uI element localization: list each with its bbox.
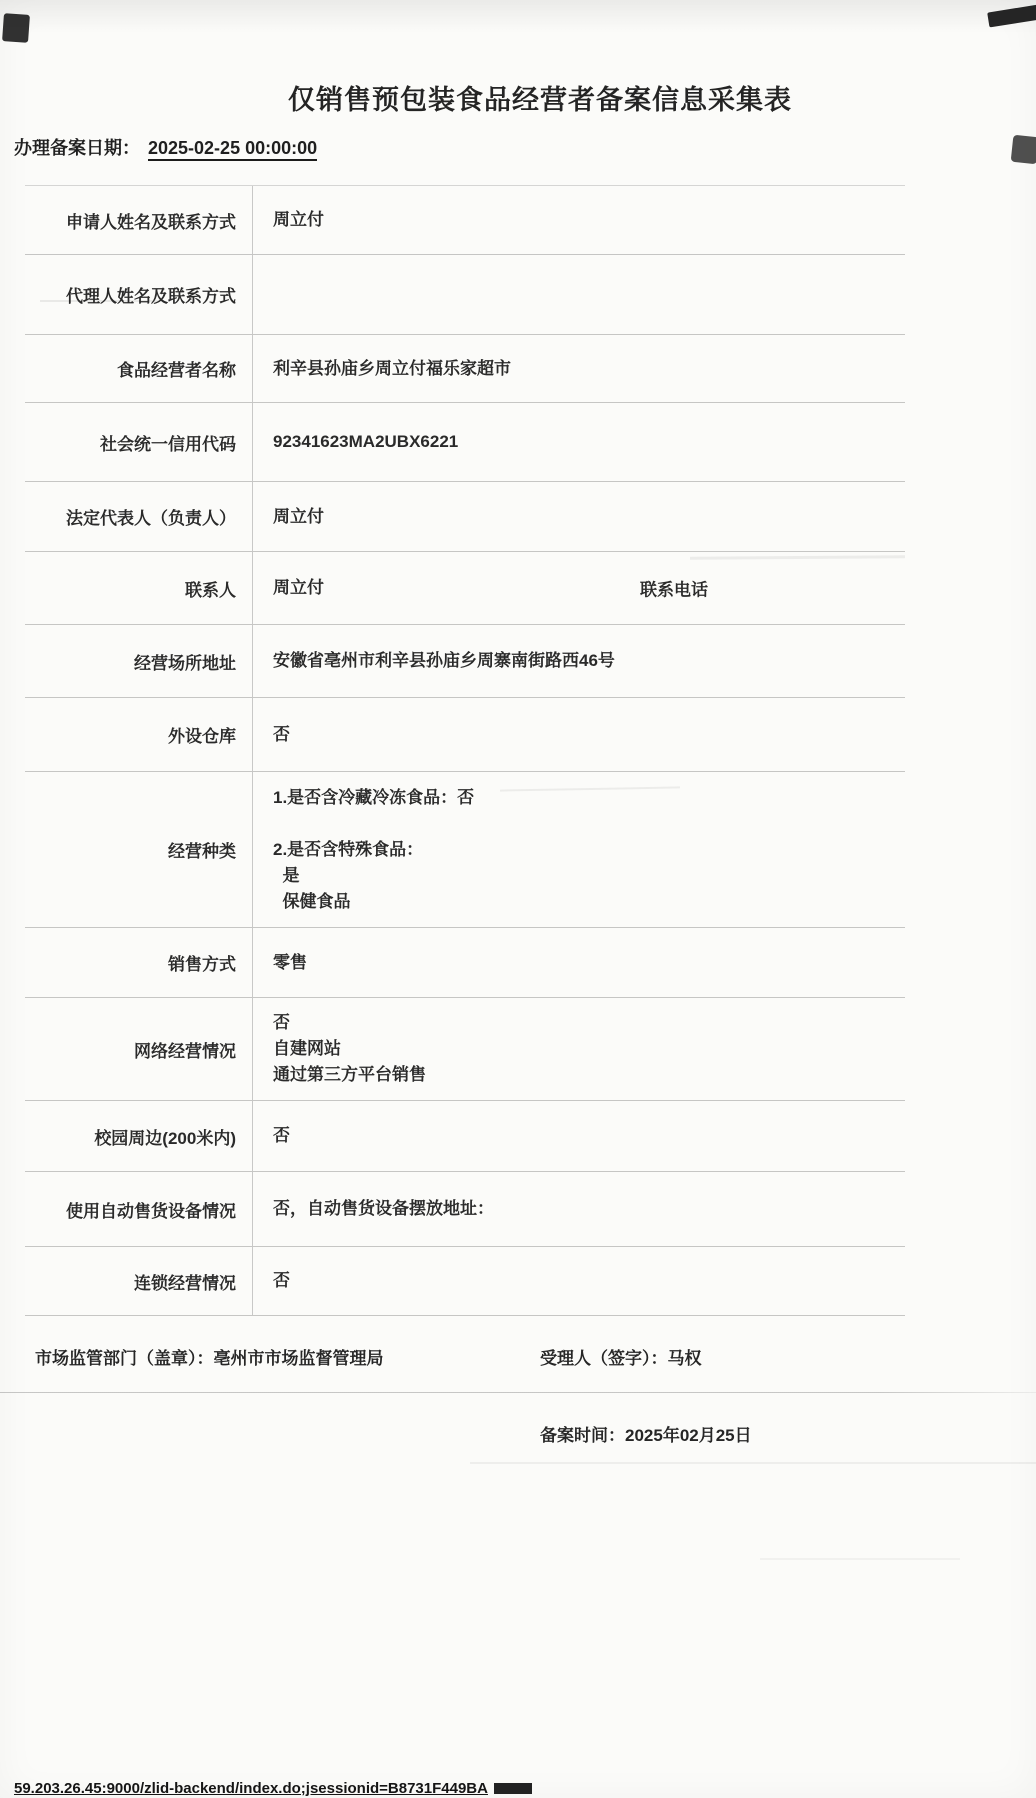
row-label: 申请人姓名及联系方式 — [25, 186, 252, 254]
contact-phone-label: 联系电话 — [640, 576, 708, 601]
form-title: 仅销售预包装食品经营者备案信息采集表 — [0, 78, 1036, 117]
row-value: 周立付 — [252, 552, 905, 624]
row-value — [252, 255, 905, 334]
filing-date-value: 2025-02-25 00:00:00 — [148, 138, 317, 161]
session-url-text: 59.203.26.45:9000/zlid-backend/index.do;… — [14, 1780, 488, 1797]
row-value: 否 — [252, 1247, 905, 1315]
record-time-line: 备案时间：2025年02月25日 — [540, 1421, 752, 1446]
row-value: 利辛县孙庙乡周立付福乐家超市 — [252, 335, 905, 402]
row-value: 否 — [252, 698, 905, 771]
row-value: 零售 — [252, 928, 905, 997]
near-school-row: 校园周边(200米内) 否 — [25, 1101, 905, 1172]
operator-name-row: 食品经营者名称 利辛县孙庙乡周立付福乐家超市 — [25, 335, 905, 403]
scan-mark-top-left — [2, 13, 30, 43]
session-url: 59.203.26.45:9000/zlid-backend/index.do;… — [14, 1780, 532, 1797]
regulator-line: 市场监管部门（盖章）：亳州市市场监督管理局 受理人（签字）：马权 — [35, 1344, 1015, 1369]
row-label: 联系人 — [25, 552, 252, 624]
filing-date-label: 办理备案日期： — [14, 138, 140, 158]
row-label: 网络经营情况 — [25, 998, 252, 1100]
sales-method-row: 销售方式 零售 — [25, 928, 905, 998]
chain-business-row: 连锁经营情况 否 — [25, 1247, 905, 1316]
row-label: 使用自动售货设备情况 — [25, 1172, 252, 1246]
row-value: 92341623MA2UBX6221 — [252, 403, 905, 481]
row-value: 1.是否含冷藏冷冻食品：否 2.是否含特殊食品： 是 保健食品 — [252, 772, 905, 927]
row-label: 连锁经营情况 — [25, 1247, 252, 1315]
scan-streak — [470, 1462, 1036, 1464]
scan-edge-shadow — [0, 0, 1036, 34]
row-label: 法定代表人（负责人） — [25, 482, 252, 551]
filing-date-line: 办理备案日期：2025-02-25 00:00:00 — [14, 134, 317, 160]
regulator-label: 市场监管部门（盖章）： — [35, 1349, 214, 1368]
contact-row: 联系人 周立付 联系电话 — [25, 552, 905, 625]
business-category-row: 经营种类 1.是否含冷藏冷冻食品：否 2.是否含特殊食品： 是 保健食品 — [25, 772, 905, 928]
row-value: 周立付 — [252, 186, 905, 254]
warehouse-row: 外设仓库 否 — [25, 698, 905, 772]
online-business-row: 网络经营情况 否 自建网站 通过第三方平台销售 — [25, 998, 905, 1101]
acceptor-line: 受理人（签字）：马权 — [540, 1344, 702, 1369]
vending-machine-row: 使用自动售货设备情况 否，自动售货设备摆放地址： — [25, 1172, 905, 1247]
scan-mark-right-edge — [1011, 135, 1036, 165]
scan-streak — [760, 1558, 960, 1560]
acceptor-label: 受理人（签字）： — [540, 1349, 668, 1368]
regulator-value: 亳州市市场监督管理局 — [214, 1349, 384, 1368]
credit-code-row: 社会统一信用代码 92341623MA2UBX6221 — [25, 403, 905, 482]
scan-mark-top-right — [987, 4, 1036, 28]
row-label: 销售方式 — [25, 928, 252, 997]
record-time-label: 备案时间： — [540, 1426, 625, 1445]
row-label: 外设仓库 — [25, 698, 252, 771]
row-label: 经营场所地址 — [25, 625, 252, 697]
row-value: 否 自建网站 通过第三方平台销售 — [252, 998, 905, 1100]
address-row: 经营场所地址 安徽省亳州市利辛县孙庙乡周寨南街路西46号 — [25, 625, 905, 698]
row-label: 校园周边(200米内) — [25, 1101, 252, 1171]
agent-row: 代理人姓名及联系方式 — [25, 255, 905, 335]
row-value: 安徽省亳州市利辛县孙庙乡周寨南街路西46号 — [252, 625, 905, 697]
row-value: 周立付 — [252, 482, 905, 551]
row-value: 否 — [252, 1101, 905, 1171]
footer-divider — [0, 1392, 1036, 1393]
scanned-form-page: 仅销售预包装食品经营者备案信息采集表 办理备案日期：2025-02-25 00:… — [0, 0, 1036, 1798]
row-label: 代理人姓名及联系方式 — [25, 255, 252, 334]
row-label: 社会统一信用代码 — [25, 403, 252, 481]
form-table: 申请人姓名及联系方式 周立付 代理人姓名及联系方式 食品经营者名称 利辛县孙庙乡… — [25, 185, 905, 1316]
applicant-row: 申请人姓名及联系方式 周立付 — [25, 185, 905, 255]
url-smudge-mark — [494, 1783, 532, 1794]
acceptor-value: 马权 — [668, 1349, 702, 1368]
row-label: 食品经营者名称 — [25, 335, 252, 402]
legal-rep-row: 法定代表人（负责人） 周立付 — [25, 482, 905, 552]
row-label: 经营种类 — [25, 772, 252, 927]
row-value: 否，自动售货设备摆放地址： — [252, 1172, 905, 1246]
record-time-value: 2025年02月25日 — [625, 1426, 752, 1445]
